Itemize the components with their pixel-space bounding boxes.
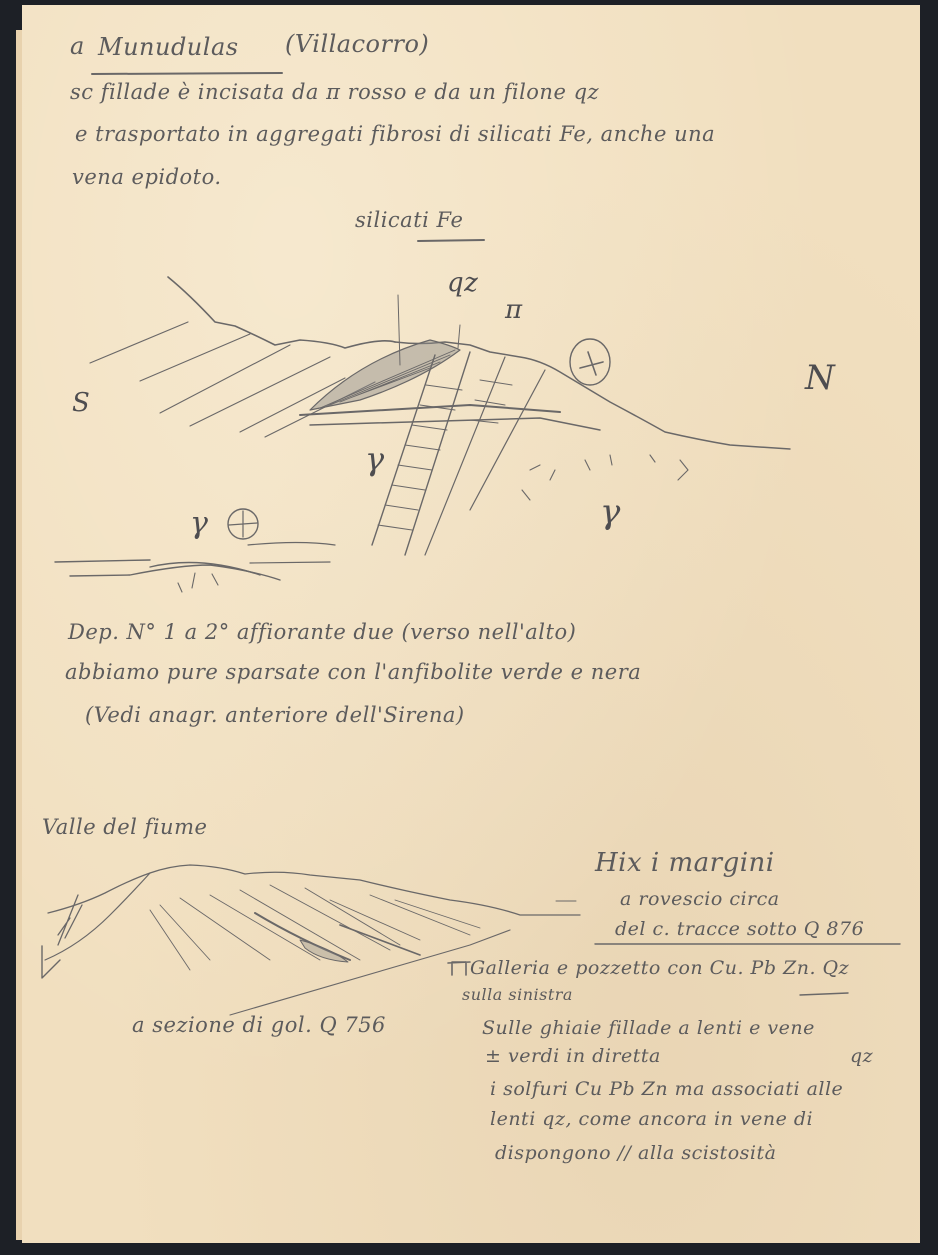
section-label: a sezione di gol. Q 756: [132, 1013, 386, 1037]
right-block-line-1: a rovescio circa: [620, 888, 780, 910]
pi-label: π: [505, 295, 523, 325]
silicati-label: silicati Fe: [355, 208, 463, 232]
south-label: S: [72, 388, 90, 418]
right-block-title: Hix i margini: [595, 848, 775, 878]
qz-annotation: qz: [850, 1045, 873, 1067]
galleria-line-7: dispongono // alla scistosità: [495, 1142, 776, 1164]
heading-paren: (Villacorro): [285, 30, 429, 58]
heading-place: Munudulas: [98, 33, 239, 61]
para1-line-1: sc fillade è incisata da π rosso e da un…: [70, 80, 599, 104]
para2-line-2: abbiamo pure sparsate con l'anfibolite v…: [65, 660, 641, 684]
galleria-line-5: i solfuri Cu Pb Zn ma associati alle: [490, 1078, 843, 1100]
galleria-line-6: lenti qz, come ancora in vene di: [490, 1108, 813, 1130]
right-block-line-2: del c. tracce sotto Q 876: [615, 918, 864, 940]
gamma-lower-label: γ: [190, 506, 208, 541]
gamma-right-label: γ: [600, 492, 621, 532]
gamma-left-label: γ: [365, 440, 385, 478]
galleria-line-3: Sulle ghiaie fillade a lenti e vene: [482, 1017, 815, 1039]
galleria-line-1: Galleria e pozzetto con Cu. Pb Zn. Qz: [470, 957, 849, 979]
galleria-line-4: ± verdi in diretta: [485, 1045, 661, 1067]
heading-prefix: a: [70, 32, 85, 60]
para1-line-3: vena epidoto.: [72, 165, 222, 189]
north-label: N: [805, 358, 835, 398]
para2-line-3: (Vedi anagr. anteriore dell'Sirena): [85, 703, 465, 727]
para1-line-2: e trasportato in aggregati fibrosi di si…: [75, 122, 715, 146]
para2-line-1: Dep. N° 1 a 2° affiorante due (verso nel…: [68, 620, 576, 644]
valle-label: Valle del fiume: [42, 815, 207, 839]
qz-label: qz: [447, 268, 478, 298]
galleria-line-2: sulla sinistra: [462, 985, 573, 1004]
